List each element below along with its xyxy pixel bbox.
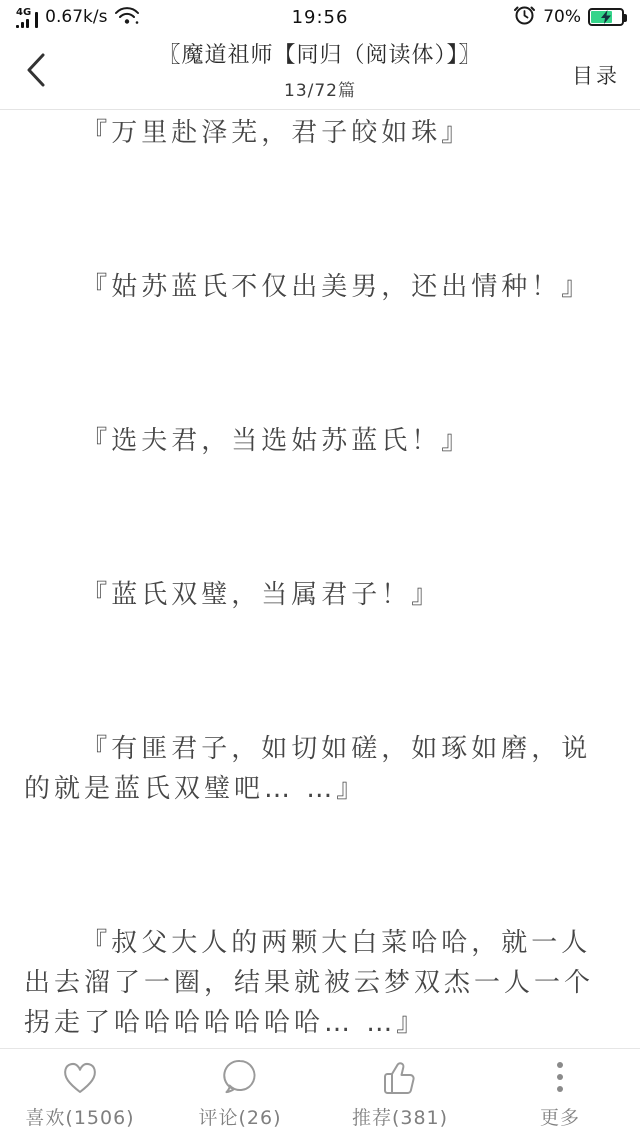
recommend-button[interactable]: 推荐(381)	[320, 1049, 480, 1138]
network-type-label: 4G	[16, 8, 31, 17]
comment-icon	[219, 1057, 261, 1097]
charging-bolt-icon	[590, 10, 622, 24]
paragraph: 『万里赴泽芜，君子皎如珠』	[24, 113, 616, 153]
battery-percent: 70%	[543, 7, 581, 27]
chapter-title: 〖魔道祖师【同归（阅读体）】〗	[90, 38, 550, 69]
heart-icon	[59, 1057, 101, 1097]
paragraph: 『叔父大人的两颗大白菜哈哈，就一人出去溜了一圈，结果就被云梦双杰一人一个拐走了哈…	[24, 923, 616, 1043]
cellular-signal-icon: 4G	[16, 6, 38, 28]
reader-screen: 4G 0.67k/s 19:56	[0, 0, 640, 1138]
alarm-icon	[513, 3, 536, 31]
back-button[interactable]	[12, 48, 60, 96]
bottom-bar: 喜欢(1506) 评论(26) 推荐(381) 更多	[0, 1048, 640, 1138]
wifi-icon	[114, 4, 140, 31]
more-icon	[557, 1057, 563, 1097]
recommend-label: 推荐(381)	[352, 1103, 448, 1130]
toc-button[interactable]: 目录	[568, 56, 624, 94]
paragraph: 『蓝氏双璧，当属君子！』	[24, 575, 616, 615]
reading-content[interactable]: 『万里赴泽芜，君子皎如珠』 『姑苏蓝氏不仅出美男，还出情种！』 『选夫君，当选姑…	[0, 111, 640, 1048]
paragraph: 『选夫君，当选姑苏蓝氏！』	[24, 421, 616, 461]
paragraph: 『有匪君子，如切如磋，如琢如磨，说的就是蓝氏双璧吧… …』	[24, 729, 616, 809]
paragraph: 『姑苏蓝氏不仅出美男，还出情种！』	[24, 267, 616, 307]
more-label: 更多	[540, 1103, 580, 1130]
network-speed: 0.67k/s	[45, 7, 107, 27]
chapter-progress: 13/72篇	[90, 76, 550, 101]
like-button[interactable]: 喜欢(1506)	[0, 1049, 160, 1138]
header: 〖魔道祖师【同归（阅读体）】〗 13/72篇 目录	[0, 34, 640, 110]
header-titles: 〖魔道祖师【同归（阅读体）】〗 13/72篇	[90, 38, 550, 101]
status-bar: 4G 0.67k/s 19:56	[0, 0, 640, 34]
clock: 19:56	[292, 7, 349, 28]
comment-label: 评论(26)	[198, 1103, 281, 1130]
thumbs-up-icon	[379, 1057, 421, 1097]
comment-button[interactable]: 评论(26)	[160, 1049, 320, 1138]
like-label: 喜欢(1506)	[25, 1103, 134, 1130]
battery-icon	[588, 8, 624, 26]
back-chevron-icon	[23, 51, 49, 93]
more-button[interactable]: 更多	[480, 1049, 640, 1138]
